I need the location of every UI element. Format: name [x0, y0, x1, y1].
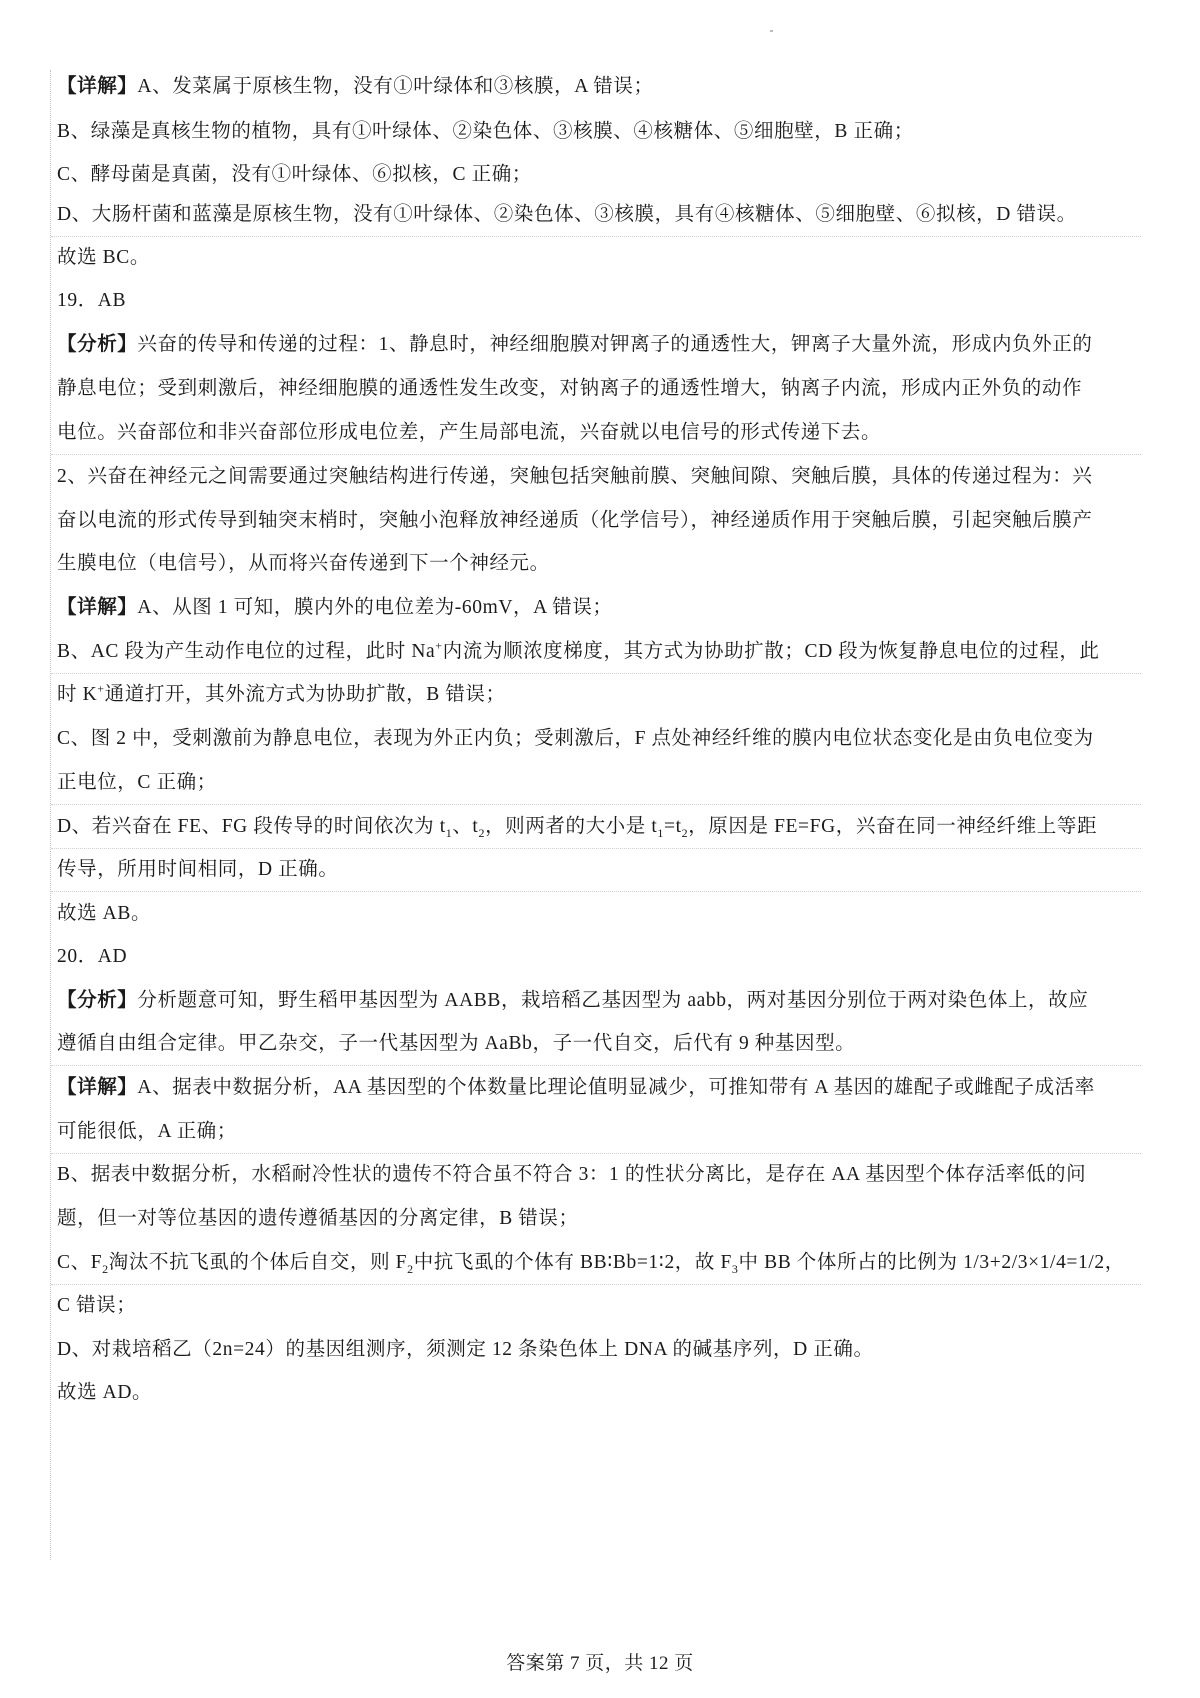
detail-label: 【详解】	[57, 597, 137, 618]
page-footer: 答案第 7 页，共 12 页	[0, 1648, 1200, 1675]
subscript: 2	[407, 1262, 414, 1276]
analysis-label: 【分析】	[57, 334, 137, 355]
text: 内流为顺浓度梯度，其方式为协助扩散；CD 段为恢复静息电位的过程，此	[443, 641, 1100, 662]
q19-conclusion: 故选 AB。	[57, 899, 1137, 929]
margin-guide-line	[50, 70, 51, 1560]
document-page: 【详解】A、发菜属于原核生物，没有①叶绿体和③核膜，A 错误； B、绿藻是真核生…	[0, 0, 1200, 1698]
q20-detail-d: D、对栽培稻乙（2n=24）的基因组测序，须测定 12 条染色体上 DNA 的碱…	[57, 1335, 1137, 1365]
q20-detail-c-line-2: C 错误；	[57, 1291, 1137, 1321]
subscript: 3	[732, 1262, 739, 1276]
text: 淘汰不抗飞虱的个体后自交，则 F	[109, 1252, 407, 1273]
q19-detail-c-line-1: C、图 2 中，受刺激前为静息电位，表现为外正内负；受刺激后，F 点处神经纤维的…	[57, 724, 1137, 754]
scan-mark	[770, 30, 773, 32]
q18-detail-b: B、绿藻是真核生物的植物，具有①叶绿体、②染色体、③核膜、④核糖体、⑤细胞壁，B…	[57, 117, 1137, 147]
q19-analysis-line-2: 静息电位；受到刺激后，神经细胞膜的通透性发生改变，对钠离子的通透性增大，钠离子内…	[57, 374, 1137, 404]
q20-heading: 20．AD	[57, 942, 1137, 972]
superscript: +	[97, 682, 104, 696]
subscript: 1	[657, 826, 664, 840]
text: =t	[664, 816, 682, 837]
text: ，则两者的大小是 t	[485, 816, 657, 837]
text: A、发菜属于原核生物，没有①叶绿体和③核膜，A 错误；	[137, 76, 653, 97]
q20-detail-a-line-1: 【详解】A、据表中数据分析，AA 基因型的个体数量比理论值明显减少，可推知带有 …	[57, 1073, 1137, 1103]
q20-detail-c-line-1: C、F2淘汰不抗飞虱的个体后自交，则 F2中抗飞虱的个体有 BB∶Bb=1∶2，…	[57, 1248, 1137, 1278]
q19-detail-c-line-2: 正电位，C 正确；	[57, 768, 1137, 798]
q20-conclusion: 故选 AD。	[57, 1378, 1137, 1408]
subscript: 2	[102, 1262, 109, 1276]
q18-conclusion: 故选 BC。	[57, 243, 1137, 273]
q19-analysis-line-4: 2、兴奋在神经元之间需要通过突触结构进行传递，突触包括突触前膜、突触间隙、突触后…	[57, 462, 1137, 492]
q18-detail-d: D、大肠杆菌和蓝藻是原核生物，没有①叶绿体、②染色体、③核膜，具有④核糖体、⑤细…	[57, 200, 1137, 230]
superscript: +	[435, 639, 442, 653]
text: C、F	[57, 1252, 102, 1273]
detail-label: 【详解】	[57, 76, 137, 97]
q20-detail-b-line-1: B、据表中数据分析，水稻耐冷性状的遗传不符合虽不符合 3：1 的性状分离比，是存…	[57, 1160, 1137, 1190]
text: 时 K	[57, 684, 97, 705]
q19-heading: 19．AB	[57, 286, 1137, 316]
text: 、t	[452, 816, 478, 837]
q19-analysis-line-6: 生膜电位（电信号），从而将兴奋传递到下一个神经元。	[57, 549, 1137, 579]
text: A、据表中数据分析，AA 基因型的个体数量比理论值明显减少，可推知带有 A 基因…	[137, 1077, 1094, 1098]
text: ，原因是 FE=FG，兴奋在同一神经纤维上等距	[688, 816, 1097, 837]
text: D、若兴奋在 FE、FG 段传导的时间依次为 t	[57, 816, 446, 837]
q19-detail-a: 【详解】A、从图 1 可知，膜内外的电位差为-60mV，A 错误；	[57, 593, 1137, 623]
q19-analysis-line-3: 电位。兴奋部位和非兴奋部位形成电位差，产生局部电流，兴奋就以电信号的形式传递下去…	[57, 418, 1137, 448]
q18-detail-c: C、酵母菌是真菌，没有①叶绿体、⑥拟核，C 正确；	[57, 160, 1137, 190]
q19-detail-b-line-1: B、AC 段为产生动作电位的过程，此时 Na+内流为顺浓度梯度，其方式为协助扩散…	[57, 637, 1137, 667]
q19-detail-b-line-2: 时 K+通道打开，其外流方式为协助扩散，B 错误；	[57, 680, 1137, 710]
q20-detail-b-line-2: 题，但一对等位基因的遗传遵循基因的分离定律，B 错误；	[57, 1204, 1137, 1234]
detail-label: 【详解】	[57, 1077, 137, 1098]
text: 中抗飞虱的个体有 BB∶Bb=1∶2，故 F	[414, 1252, 732, 1273]
q19-analysis-line-1: 【分析】兴奋的传导和传递的过程：1、静息时，神经细胞膜对钾离子的通透性大，钾离子…	[57, 330, 1137, 360]
q19-analysis-line-5: 奋以电流的形式传导到轴突末梢时，突触小泡释放神经递质（化学信号），神经递质作用于…	[57, 506, 1137, 536]
q19-detail-d-line-2: 传导，所用时间相同，D 正确。	[57, 855, 1137, 885]
q20-analysis-line-2: 遵循自由组合定律。甲乙杂交，子一代基因型为 AaBb，子一代自交，后代有 9 种…	[57, 1029, 1137, 1059]
q19-detail-d-line-1: D、若兴奋在 FE、FG 段传导的时间依次为 t1、t2，则两者的大小是 t1=…	[57, 812, 1137, 842]
analysis-label: 【分析】	[57, 990, 137, 1011]
q20-analysis-line-1: 【分析】分析题意可知，野生稻甲基因型为 AABB，栽培稻乙基因型为 aabb，两…	[57, 986, 1137, 1016]
text: 兴奋的传导和传递的过程：1、静息时，神经细胞膜对钾离子的通透性大，钾离子大量外流…	[137, 334, 1092, 355]
text: B、AC 段为产生动作电位的过程，此时 Na	[57, 641, 435, 662]
q20-detail-a-line-2: 可能很低，A 正确；	[57, 1117, 1137, 1147]
text: 通道打开，其外流方式为协助扩散，B 错误；	[105, 684, 506, 705]
q18-detail-a: 【详解】A、发菜属于原核生物，没有①叶绿体和③核膜，A 错误；	[57, 72, 1137, 102]
text: 中 BB 个体所占的比例为 1/3+2/3×1/4=1/2，	[739, 1252, 1125, 1273]
text: 分析题意可知，野生稻甲基因型为 AABB，栽培稻乙基因型为 aabb，两对基因分…	[137, 990, 1088, 1011]
text: A、从图 1 可知，膜内外的电位差为-60mV，A 错误；	[137, 597, 612, 618]
